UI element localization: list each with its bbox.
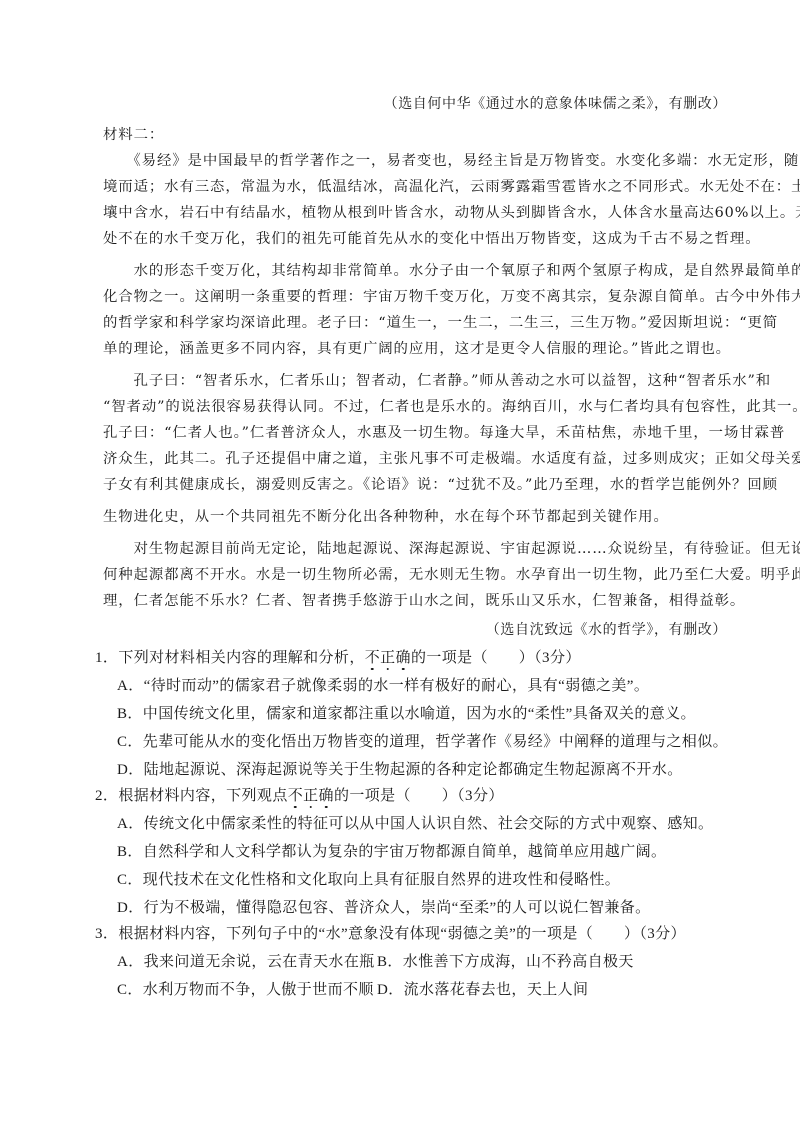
emphasis-char: 确 <box>396 650 411 666</box>
question-number: 2． <box>95 788 118 804</box>
question-3-options-row-1: A．我来问道无余说，云在青天水在瓶B．水惟善下方成海，山不矜高自极天 <box>117 952 741 972</box>
question-number: 3． <box>95 926 118 942</box>
question-3-option-b: B．水惟善下方成海，山不矜高自极天 <box>377 952 634 972</box>
material2-line: 处不在的水千变万化，我们的祖先可能首先从水的变化中悟出万物皆变，这成为千古不易之… <box>103 229 727 249</box>
emphasis-char: 确 <box>319 788 334 804</box>
question-2-option-b: B．自然科学和人文科学都认为复杂的宇宙万物都源自简单，越简单应用越广阔。 <box>117 842 741 862</box>
question-1-stem: 1．下列对材料相关内容的理解和分析，不正确的一项是（ ）（3分） <box>95 648 719 668</box>
question-3-options-row-2: C．水利万物而不争，人傲于世而不顺D．流水落花春去也，天上人间 <box>117 980 741 1000</box>
question-3-option-c: C．水利万物而不争，人傲于世而不顺 <box>117 980 359 1000</box>
material2-line: 境而适；水有三态，常温为水，低温结冰，高温化汽，云雨雾露霜雪雹皆水之不同形式。水… <box>103 177 727 197</box>
question-3-option-d: D．流水落花春去也，天上人间 <box>377 980 588 1000</box>
question-1-option-c: C．先辈可能从水的变化悟出万物皆变的道理，哲学著作《易经》中阐释的道理与之相似。 <box>117 732 741 752</box>
material2-line: “智者动”的说法很容易获得认同。不过，仁者也是乐水的。海纳百川，水与仁者均具有包… <box>103 397 727 417</box>
exam-page: （选自何中华《通过水的意象体味儒之柔》，有删改） 材料二： 《易经》是中国最早的… <box>0 0 800 1133</box>
question-1-option-a: A．“待时而动”的儒家君子就像柔弱的水一样有极好的耐心，具有“弱德之美”。 <box>117 676 741 696</box>
material2-line: 何种起源都离不开水。水是一切生物所必需，无水则无生物。水孕育出一切生物，此乃至仁… <box>103 565 727 585</box>
material2-line: 化合物之一。这阐明一条重要的哲理：宇宙万物千变万化，万变不离其宗，复杂源自简单。… <box>103 287 727 307</box>
question-2-option-c: C．现代技术在文化性格和文化取向上具有征服自然界的进攻性和侵略性。 <box>117 870 741 890</box>
material2-heading: 材料二： <box>103 125 727 145</box>
question-1-option-b: B．中国传统文化里，儒家和道家都注重以水喻道，因为水的“柔性”具备双关的意义。 <box>117 704 741 724</box>
material2-source: （选自沈致远《水的哲学》，有删改） <box>486 620 727 640</box>
question-2-option-d: D．行为不极端，懂得隐忍包容、普济众人，崇尚“至柔”的人可以说仁智兼备。 <box>117 898 741 918</box>
material2-line: 理，仁者怎能不乐水？仁者、智者携手悠游于山水之间，既乐山又乐水，仁智兼备，相得益… <box>103 591 727 611</box>
question-1-option-d: D．陆地起源说、深海起源说等关于生物起源的各种定论都确定生物起源离不开水。 <box>117 760 741 780</box>
emphasis-char: 不 <box>288 788 303 804</box>
material2-line: 壤中含水，岩石中有结晶水，植物从根到叶皆含水，动物从头到脚皆含水，人体含水量高达… <box>103 203 727 223</box>
material2-line: 的哲学家和科学家均深谙此理。老子曰：“道生一，一生二，二生三，三生万物。”爱因斯… <box>103 313 727 333</box>
material2-line: 济众生，此其二。孔子还提倡中庸之道，主张凡事不可走极端。水适度有益，过多则成灾；… <box>103 449 727 469</box>
question-2-option-a: A．传统文化中儒家柔性的特征可以从中国人认识自然、社会交际的方式中观察、感知。 <box>117 814 741 834</box>
material2-line: 生物进化史，从一个共同祖先不断分化出各种物种，水在每个环节都起到关键作用。 <box>103 507 727 527</box>
material1-source: （选自何中华《通过水的意象体味儒之柔》，有删改） <box>384 94 727 114</box>
emphasis-char: 正 <box>303 788 318 804</box>
material2-line: 孔子曰：“智者乐水，仁者乐山；智者动，仁者静。”师从善动之水可以益智，这种“智者… <box>103 371 727 391</box>
material2-line: 孔子曰：“仁者人也。”仁者普济众人，水惠及一切生物。每逢大旱，禾苗枯焦，赤地千里… <box>103 423 727 443</box>
question-3-option-a: A．我来问道无余说，云在青天水在瓶 <box>117 952 359 972</box>
material2-line: 水的形态千变万化，其结构却非常简单。水分子由一个氧原子和两个氢原子构成，是自然界… <box>103 261 727 281</box>
question-3-stem: 3．根据材料内容，下列句子中的“水”意象没有体现“弱德之美”的一项是（ ）（3分… <box>95 924 719 944</box>
emphasis-char: 正 <box>380 650 395 666</box>
material2-line: 《易经》是中国最早的哲学著作之一，易者变也，易经主旨是万物皆变。水变化多端：水无… <box>103 151 727 171</box>
question-number: 1． <box>95 650 118 666</box>
question-2-stem: 2．根据材料内容，下列观点不正确的一项是（ ）（3分） <box>95 786 719 806</box>
emphasis-char: 不 <box>365 650 380 666</box>
material2-line: 单的理论，涵盖更多不同内容，具有更广阔的应用，这才是更令人信服的理论。”皆此之谓… <box>103 339 727 359</box>
material2-line: 子女有利其健康成长，溺爱则反害之。《论语》说：“过犹不及。”此乃至理，水的哲学岂… <box>103 475 727 495</box>
material2-line: 对生物起源目前尚无定论，陆地起源说、深海起源说、宇宙起源说……众说纷呈，有待验证… <box>103 539 727 559</box>
